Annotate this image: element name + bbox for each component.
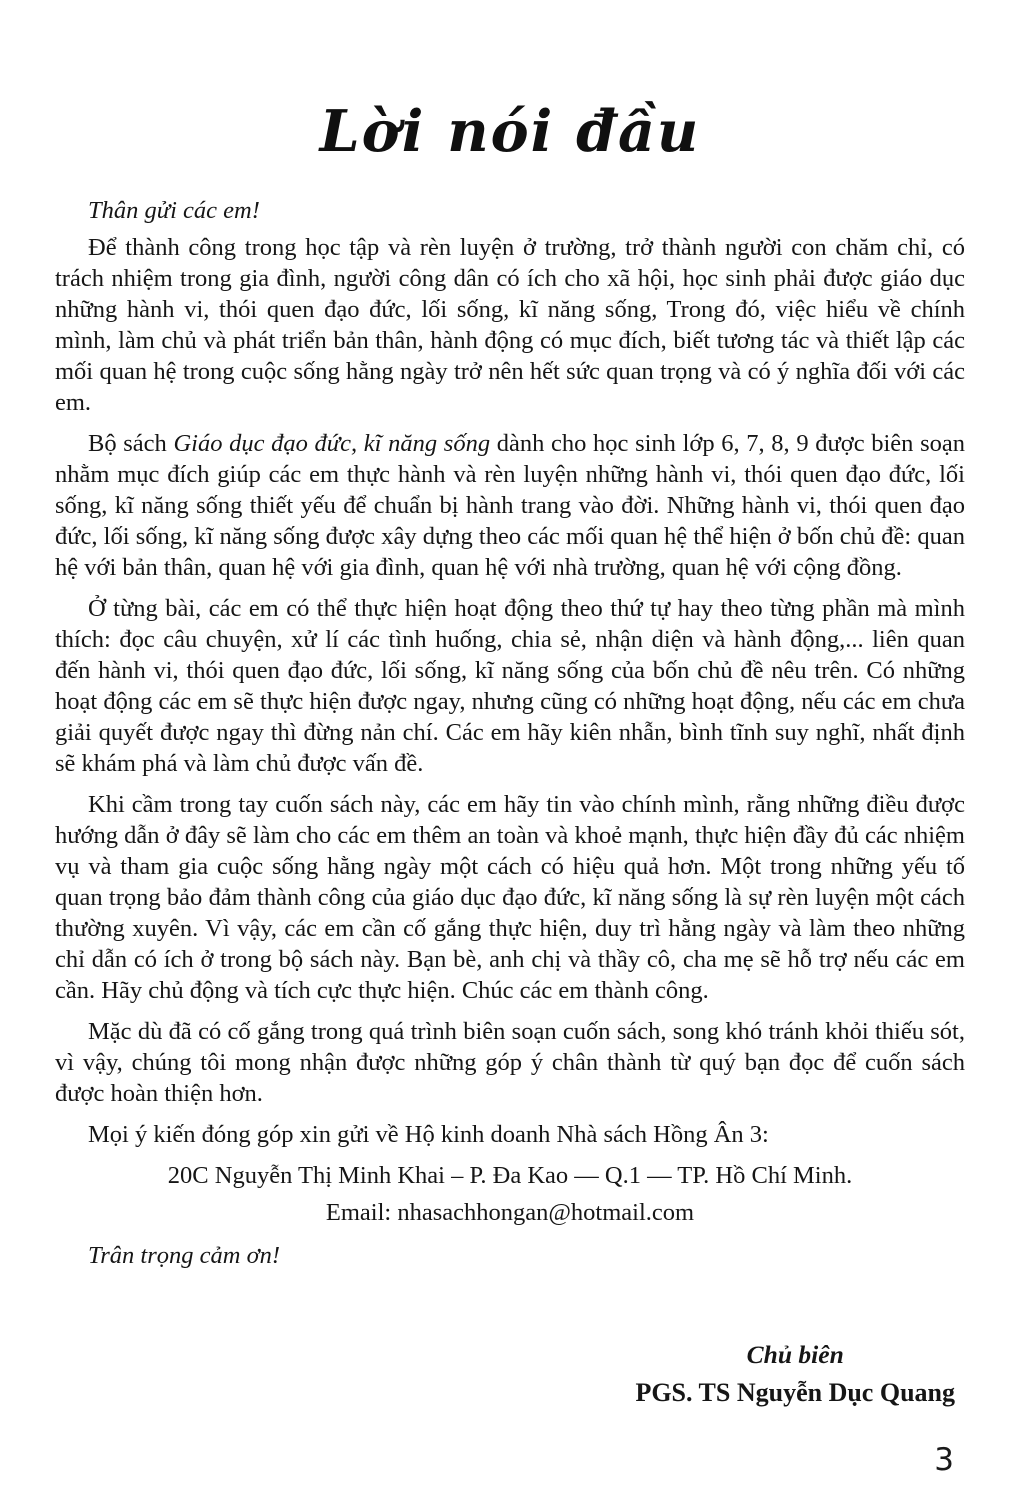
page-title: Lời nói đầu xyxy=(55,0,965,165)
editor-name: PGS. TS Nguyễn Dục Quang xyxy=(635,1377,955,1408)
page-number: 3 xyxy=(934,1442,954,1478)
paragraph-activities: Ở từng bài, các em có thể thực hiện hoạt… xyxy=(55,593,965,779)
paragraph-encouragement: Khi cầm trong tay cuốn sách này, các em … xyxy=(55,789,965,1006)
salutation: Thân gửi các em! xyxy=(55,195,965,226)
editor-signature-block: Chủ biên PGS. TS Nguyễn Dục Quang xyxy=(635,1340,955,1408)
contact-intro-line: Mọi ý kiến đóng góp xin gửi về Hộ kinh d… xyxy=(55,1119,965,1150)
book-series-title: Giáo dục đạo đức, kĩ năng sống xyxy=(173,430,490,457)
publisher-address: 20C Nguyễn Thị Minh Khai – P. Đa Kao — Q… xyxy=(55,1160,965,1191)
paragraph-book-series: Bộ sách Giáo dục đạo đức, kĩ năng sống d… xyxy=(55,428,965,583)
paragraph-intro: Để thành công trong học tập và rèn luyện… xyxy=(55,232,965,418)
publisher-email: Email: nhasachhongan@hotmail.com xyxy=(55,1197,965,1228)
paragraph-book-series-prefix: Bộ sách xyxy=(88,430,173,457)
closing-thanks: Trân trọng cảm ơn! xyxy=(55,1240,965,1271)
paragraph-apology: Mặc dù đã có cố gắng trong quá trình biê… xyxy=(55,1016,965,1109)
editor-role: Chủ biên xyxy=(635,1340,955,1370)
document-page: Lời nói đầu Thân gửi các em! Để thành cô… xyxy=(0,0,1025,1271)
